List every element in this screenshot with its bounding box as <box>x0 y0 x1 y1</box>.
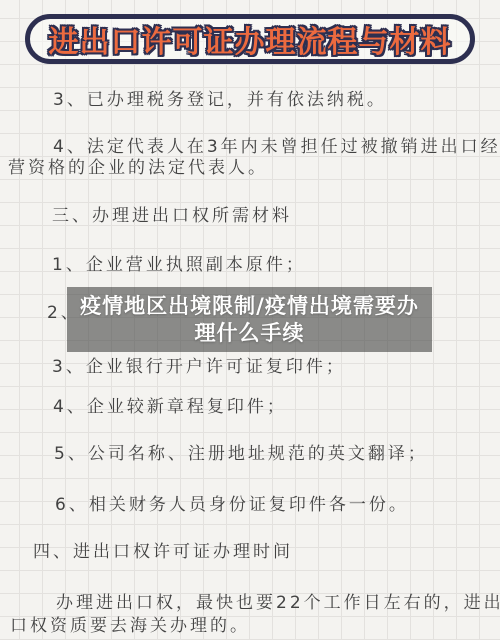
section-4-heading-time: 四、进出口权许可证办理时间 <box>33 537 293 562</box>
processing-time-line2: 口权资质要去海关办理的。 <box>10 611 250 636</box>
material-5-english-translation: 5、公司名称、注册地址规范的英文翻译； <box>54 439 428 464</box>
material-6-id-copies: 6、相关财务人员身份证复印件各一份。 <box>55 490 409 515</box>
item-3-tax-registration: 3、已办理税务登记，并有依法纳税。 <box>53 85 387 110</box>
caption-line-2: 理什么手续 <box>195 320 305 347</box>
material-3-bank-permit: 3、企业银行开户许可证复印件； <box>52 352 346 377</box>
processing-time-line1: 办理进出口权，最快也要22个工作日左右的，进出 <box>56 588 500 613</box>
material-4-charter-copy: 4、企业较新章程复印件； <box>53 392 287 417</box>
title-banner: 进出口许可证办理流程与材料 <box>25 14 475 64</box>
section-3-heading-materials: 三、办理进出口权所需材料 <box>52 201 292 226</box>
page-title: 进出口许可证办理流程与材料 <box>49 17 452 61</box>
caption-line-1: 疫情地区出境限制/疫情出境需要办 <box>80 293 419 320</box>
material-1-business-license: 1、企业营业执照副本原件； <box>52 250 306 275</box>
caption-overlay: 疫情地区出境限制/疫情出境需要办 理什么手续 <box>67 287 432 352</box>
document-page: 进出口许可证办理流程与材料 3、已办理税务登记，并有依法纳税。 4、法定代表人在… <box>0 0 500 640</box>
item-4-legal-rep-line2: 营资格的企业的法定代表人。 <box>8 153 268 178</box>
